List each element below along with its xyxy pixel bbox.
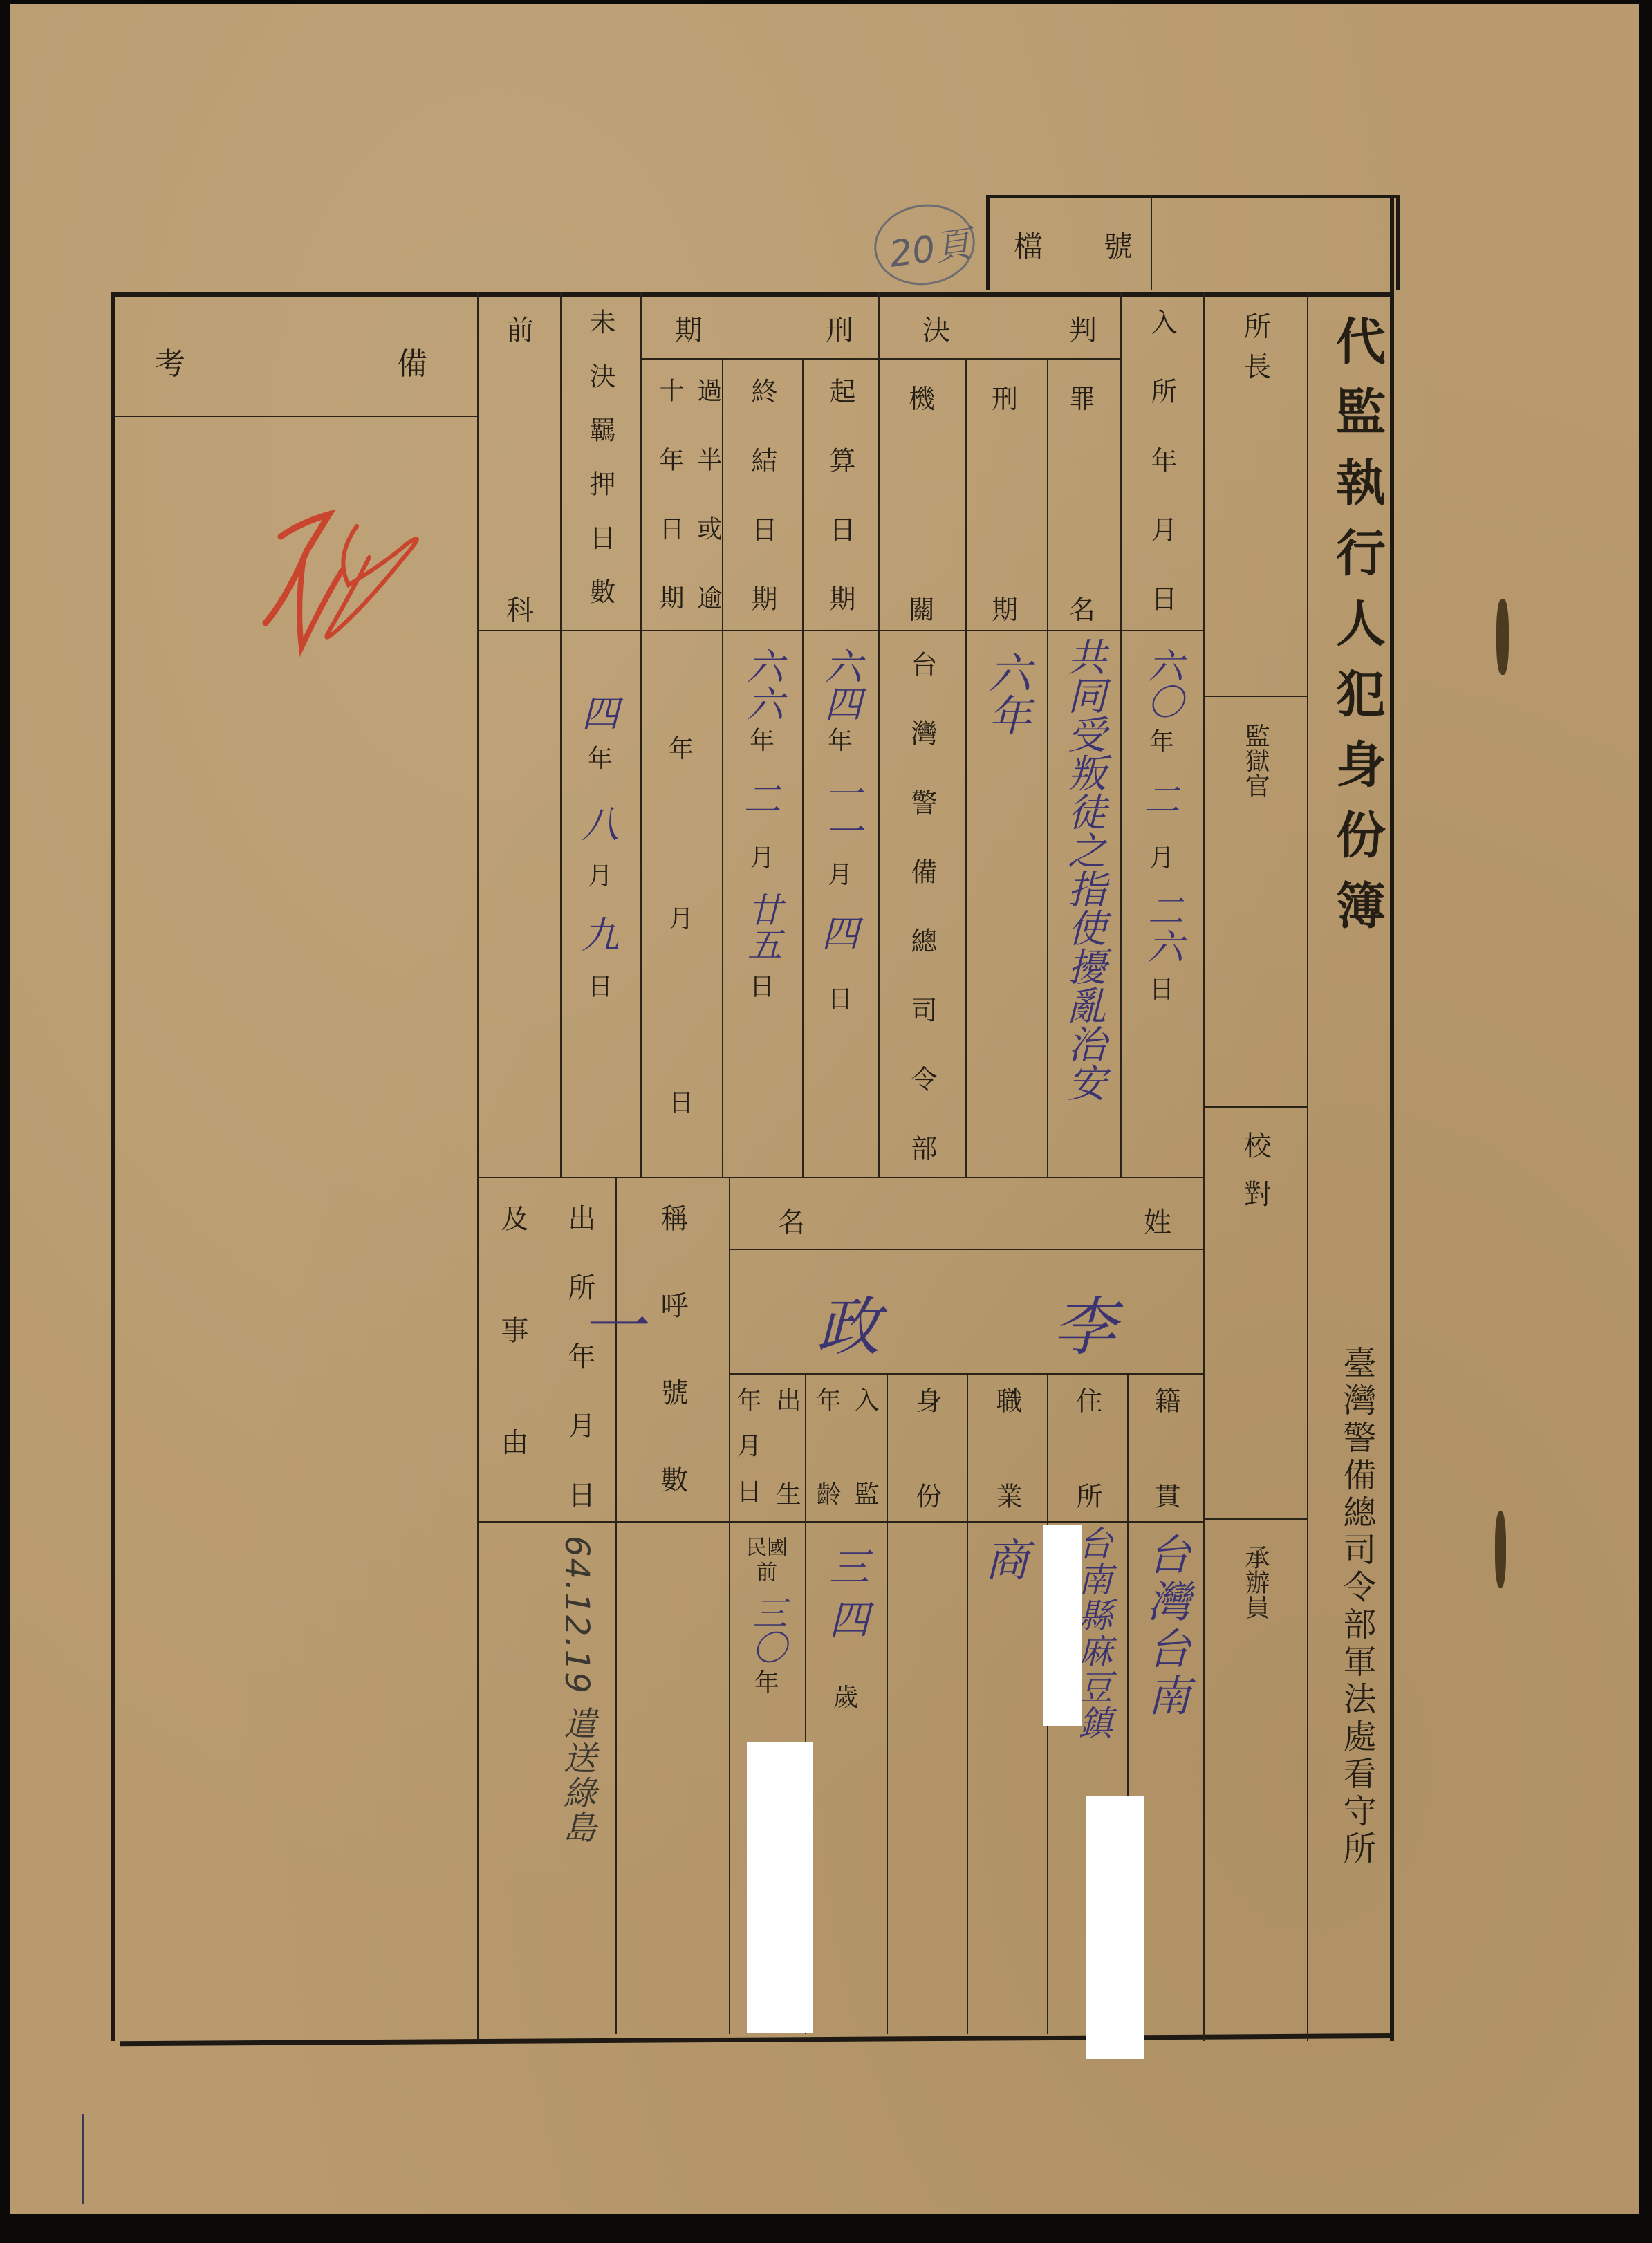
prior-record-label-top: 前 (506, 308, 534, 348)
remarks-label-right: 備 (397, 339, 427, 383)
crime-value: 共同受叛徒之指使擾亂治安 (1047, 637, 1120, 1101)
authority-label-top: 機 (909, 378, 935, 416)
red-pencil-mark (238, 454, 459, 675)
judgment-label-left: 決 (922, 308, 950, 348)
start-date-value: 六四 年 一一 月 四 日 (802, 647, 878, 1012)
birth-date-value: 民國前 三〇 年 (729, 1536, 805, 1696)
archive-number-box: 檔 號 (986, 195, 1398, 290)
admission-date-label: 入所年月日 (1120, 308, 1203, 654)
pretrial-detention-label: 未決羈押日數 (560, 308, 640, 632)
redaction-block (1086, 1796, 1144, 2059)
crime-label-bottom: 名 (1069, 588, 1095, 626)
surname-label: 姓 (1144, 1200, 1171, 1240)
sentence-label-left: 期 (675, 308, 703, 348)
authority-value: 台灣警備總司令部 (878, 651, 965, 1204)
end-date-label: 終結日期 (722, 378, 802, 654)
redaction-block (747, 1742, 813, 2033)
prior-record-label-bottom: 科 (506, 588, 534, 628)
officer-director: 所長 (1203, 312, 1307, 392)
pretrial-detention-value: 四 年 八 月 九 日 (560, 696, 640, 1000)
term-value: 六年 (965, 651, 1047, 736)
occupation-value: 商 (967, 1539, 1047, 1583)
term-label-bottom: 期 (992, 588, 1018, 626)
release-value: 64.12.19 遣送綠島 (542, 1536, 611, 1845)
archive-number-label-2: 號 (1104, 224, 1133, 266)
end-date-value: 六六 年 二 月 廿五 日 (722, 647, 802, 1000)
remarks-label-left: 考 (155, 339, 185, 383)
archive-number-label-1: 檔 (1014, 224, 1043, 266)
ink-stain (1496, 599, 1509, 675)
status-label: 身份 (887, 1387, 967, 1578)
given-name-label: 名 (777, 1200, 805, 1240)
officer-proofreader: 校對 (1203, 1131, 1307, 1228)
ink-stain (1495, 1511, 1506, 1588)
document-page: 20頁 檔 號 (10, 4, 1639, 2214)
officer-prison-officer: 監獄官 (1203, 723, 1307, 798)
form-title: 代監執行人犯身份簿 (1324, 315, 1390, 975)
release-label: 出所年月日 及事由 (477, 1204, 615, 1549)
sentence-label-right: 刑 (826, 308, 853, 348)
native-place-value: 台灣台南 (1127, 1532, 1203, 1720)
issuer-name: 臺灣警備總司令部軍法處看守所 (1324, 1346, 1390, 1868)
age-at-admission-value: 三四 歲 (805, 1546, 887, 1711)
page-count-text: 20頁 (886, 214, 974, 277)
start-date-label: 起算日期 (802, 378, 878, 654)
officer-clerk: 承辦員 (1203, 1545, 1307, 1619)
term-label-top: 刑 (992, 378, 1018, 416)
admission-date-value: 六〇 年 二 月 二六 日 (1120, 647, 1203, 1003)
half-or-ten-year-value: 年 月 日 (640, 737, 722, 1116)
redaction-block (1043, 1525, 1082, 1726)
margin-mark (82, 2114, 84, 2204)
half-or-ten-year-label: 過半或逾 十年日期 (656, 378, 722, 654)
crime-label-top: 罪 (1069, 378, 1095, 416)
page-count-annotation: 20頁 (869, 198, 981, 291)
judgment-label-right: 判 (1069, 308, 1097, 348)
title-text: 代監執行人犯身份簿 (1332, 315, 1382, 950)
name-value: 李 政 一 (763, 1276, 1192, 1368)
call-number-label: 稱呼號數 (615, 1204, 729, 1552)
authority-label-bottom: 關 (909, 588, 935, 626)
